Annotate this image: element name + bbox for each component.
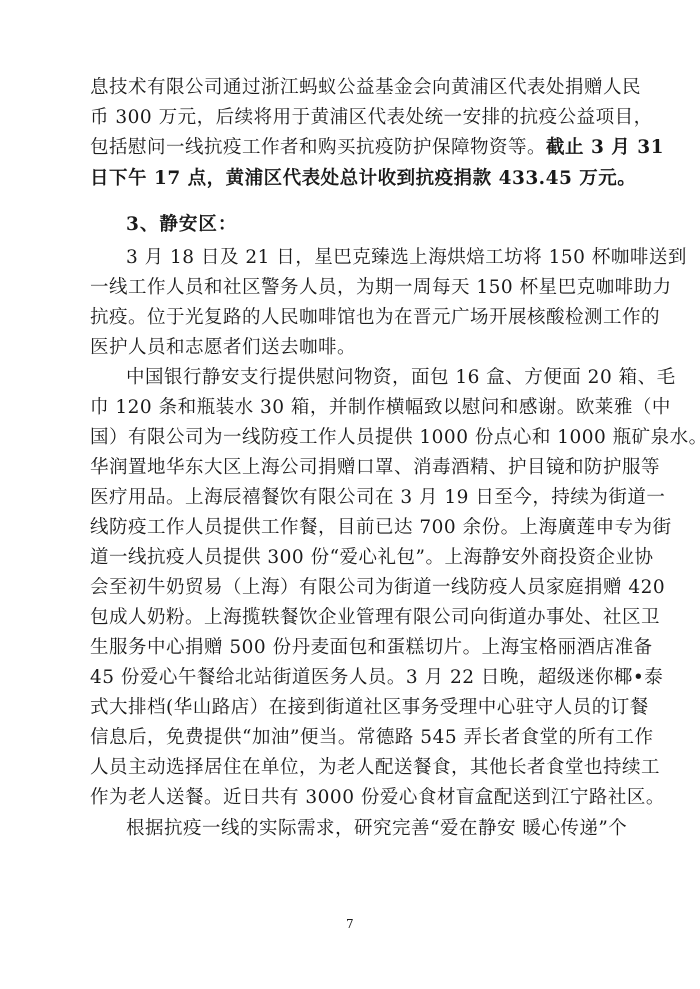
text-line: 人员主动选择居住在单位，为老人配送餐食，其他长者食堂也持续工 xyxy=(90,756,612,780)
text-line: 生服务中心捐赠 500 份丹麦面包和蛋糕切片。上海宝格丽酒店准备 xyxy=(90,636,612,660)
text-line: 会至初牛奶贸易（上海）有限公司为街道一线防疫人员家庭捐赠 420 xyxy=(90,576,612,600)
text-line: 中国银行静安支行提供慰问物资，面包 16 盒、方便面 20 箱、毛 xyxy=(126,366,612,390)
text-line: 作为老人送餐。近日共有 3000 份爱心食材盲盒配送到江宁路社区。 xyxy=(90,786,612,810)
text-line: 华润置地华东大区上海公司捐赠口罩、消毒酒精、护目镜和防护服等 xyxy=(90,456,612,480)
text-line: 币 300 万元，后续将用于黄浦区代表处统一安排的抗疫公益项目， xyxy=(90,106,612,130)
text-line: 线防疫工作人员提供工作餐，目前已达 700 余份。上海廣莲申专为街 xyxy=(90,516,612,540)
bold-text-segment: 截止 3 月 31 xyxy=(546,137,664,158)
section-heading: 3、静安区： xyxy=(126,213,237,237)
text-line: 医疗用品。上海辰禧餐饮有限公司在 3 月 19 日至今，持续为街道一 xyxy=(90,486,612,510)
text-line: 一线工作人员和社区警务人员，为期一周每天 150 杯星巴克咖啡助力 xyxy=(90,276,612,300)
text-line: 国）有限公司为一线防疫工作人员提供 1000 份点心和 1000 瓶矿泉水。 xyxy=(90,426,612,450)
text-segment: 包括慰问一线抗疫工作者和购买抗疫防护保障物资等。 xyxy=(90,137,546,158)
text-line: 抗疫。位于光复路的人民咖啡馆也为在晋元广场开展核酸检测工作的 xyxy=(90,306,612,330)
text-line: 道一线抗疫人员提供 300 份“爱心礼包”。上海静安外商投资企业协 xyxy=(90,546,612,570)
text-line: 包成人奶粉。上海揽轶餐饮企业管理有限公司向街道办事处、社区卫 xyxy=(90,606,612,630)
text-line: 息技术有限公司通过浙江蚂蚁公益基金会向黄浦区代表处捐赠人民 xyxy=(90,76,612,100)
bold-text-line: 日下午 17 点，黄浦区代表处总计收到抗疫捐款 433.45 万元。 xyxy=(90,167,612,191)
text-line: 3 月 18 日及 21 日，星巴克臻选上海烘焙工坊将 150 杯咖啡送到 xyxy=(126,246,612,270)
text-line: 巾 120 条和瓶装水 30 箱，并制作横幅致以慰问和感谢。欧莱雅（中 xyxy=(90,396,612,420)
text-line: 医护人员和志愿者们送去咖啡。 xyxy=(90,336,612,360)
document-page: 息技术有限公司通过浙江蚂蚁公益基金会向黄浦区代表处捐赠人民 币 300 万元，后… xyxy=(0,0,700,989)
text-line: 根据抗疫一线的实际需求，研究完善“爱在静安 暖心传递”个 xyxy=(126,817,612,841)
text-line: 式大排档(华山路店）在接到街道社区事务受理中心驻守人员的订餐 xyxy=(90,696,612,720)
text-line: 信息后，免费提供“加油”便当。常德路 545 弄长者食堂的所有工作 xyxy=(90,726,612,750)
text-line-mixed: 包括慰问一线抗疫工作者和购买抗疫防护保障物资等。截止 3 月 31 xyxy=(90,136,612,160)
page-number: 7 xyxy=(346,917,354,931)
text-line: 45 份爱心午餐给北站街道医务人员。3 月 22 日晚，超级迷你椰•泰 xyxy=(90,666,612,690)
